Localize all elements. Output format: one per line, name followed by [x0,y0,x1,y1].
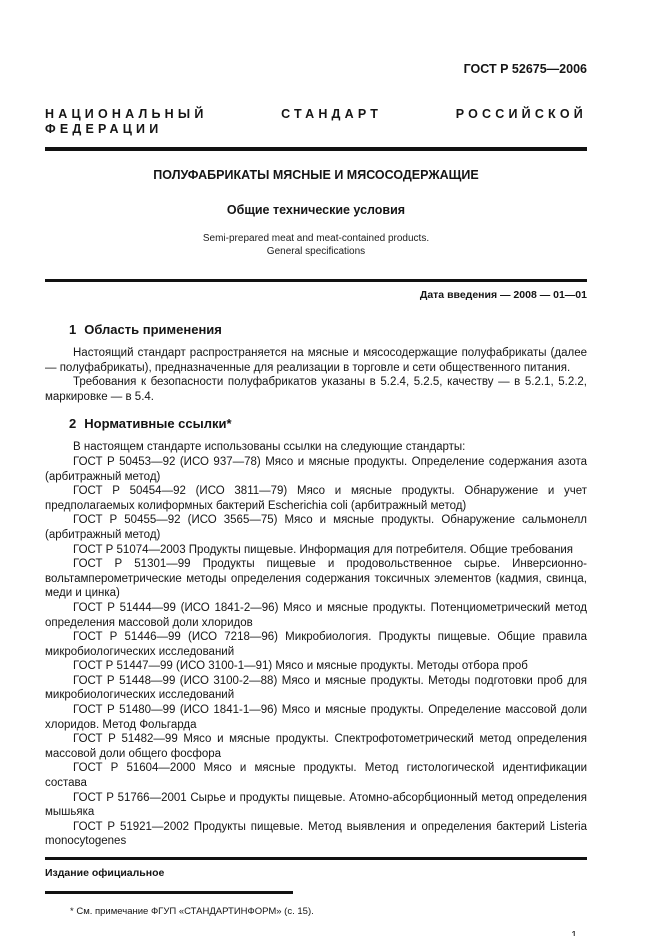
section-2-title: Нормативные ссылки* [84,416,231,431]
section-1-heading: 1Область применения [69,322,587,337]
standard-reference: ГОСТ Р 51444—99 (ИСО 1841-2—96) Мясо и м… [45,601,587,630]
document-page: ГОСТ Р 52675—2006 НАЦИОНАЛЬНЫЙ СТАНДАРТ … [0,0,661,936]
section-1-title: Область применения [84,322,222,337]
section-2-number: 2 [69,416,76,431]
page-number: 1 [45,929,587,936]
paragraph: В настоящем стандарте использованы ссылк… [45,440,587,455]
standard-reference: ГОСТ Р 51480—99 (ИСО 1841-1—96) Мясо и м… [45,703,587,732]
standard-reference: ГОСТ Р 51604—2000 Мясо и мясные продукты… [45,761,587,790]
standards-list: В настоящем стандарте использованы ссылк… [45,440,587,849]
standard-reference: ГОСТ Р 50454—92 (ИСО 3811—79) Мясо и мяс… [45,484,587,513]
introduction-date: Дата введения — 2008 — 01—01 [45,288,587,302]
standard-reference: ГОСТ Р 51447—99 (ИСО 3100-1—91) Мясо и м… [45,659,587,674]
paragraph: Требования к безопасности полуфабрикатов… [45,375,587,404]
paragraph: Настоящий стандарт распространяется на м… [45,346,587,375]
title-block-rule [45,279,587,282]
footnote: * См. примечание ФГУП «СТАНДАРТИНФОРМ» (… [45,906,587,918]
section-2-heading: 2Нормативные ссылки* [69,416,587,431]
footer-rule [45,857,587,860]
standard-reference: ГОСТ Р 51074—2003 Продукты пищевые. Инфо… [45,543,587,558]
title-en-line-1: Semi-prepared meat and meat-contained pr… [45,232,587,245]
header-rule [45,147,587,151]
document-subtitle: Общие технические условия [45,203,587,218]
standard-reference: ГОСТ Р 51448—99 (ИСО 3100-2—88) Мясо и м… [45,674,587,703]
doc-number: ГОСТ Р 52675—2006 [45,62,587,77]
standard-reference: ГОСТ Р 51446—99 (ИСО 7218—96) Микробиоло… [45,630,587,659]
title-en-line-2: General specifications [45,245,587,258]
standard-reference: ГОСТ Р 51301—99 Продукты пищевые и продо… [45,557,587,601]
standard-reference: ГОСТ Р 51482—99 Мясо и мясные продукты. … [45,732,587,761]
standard-reference: ГОСТ Р 50455—92 (ИСО 3565—75) Мясо и мяс… [45,513,587,542]
document-title: ПОЛУФАБРИКАТЫ МЯСНЫЕ И МЯСОСОДЕРЖАЩИЕ [45,168,587,183]
document-title-english: Semi-prepared meat and meat-contained pr… [45,232,587,258]
section-1-number: 1 [69,322,76,337]
standard-reference: ГОСТ Р 50453—92 (ИСО 937—78) Мясо и мясн… [45,455,587,484]
standard-type-banner: НАЦИОНАЛЬНЫЙ СТАНДАРТ РОССИЙСКОЙ ФЕДЕРАЦ… [45,107,587,137]
official-edition-label: Издание официальное [45,867,587,880]
standard-reference: ГОСТ Р 51766—2001 Сырье и продукты пищев… [45,791,587,820]
standard-reference: ГОСТ Р 51921—2002 Продукты пищевые. Мето… [45,820,587,849]
footnote-rule [45,891,293,894]
